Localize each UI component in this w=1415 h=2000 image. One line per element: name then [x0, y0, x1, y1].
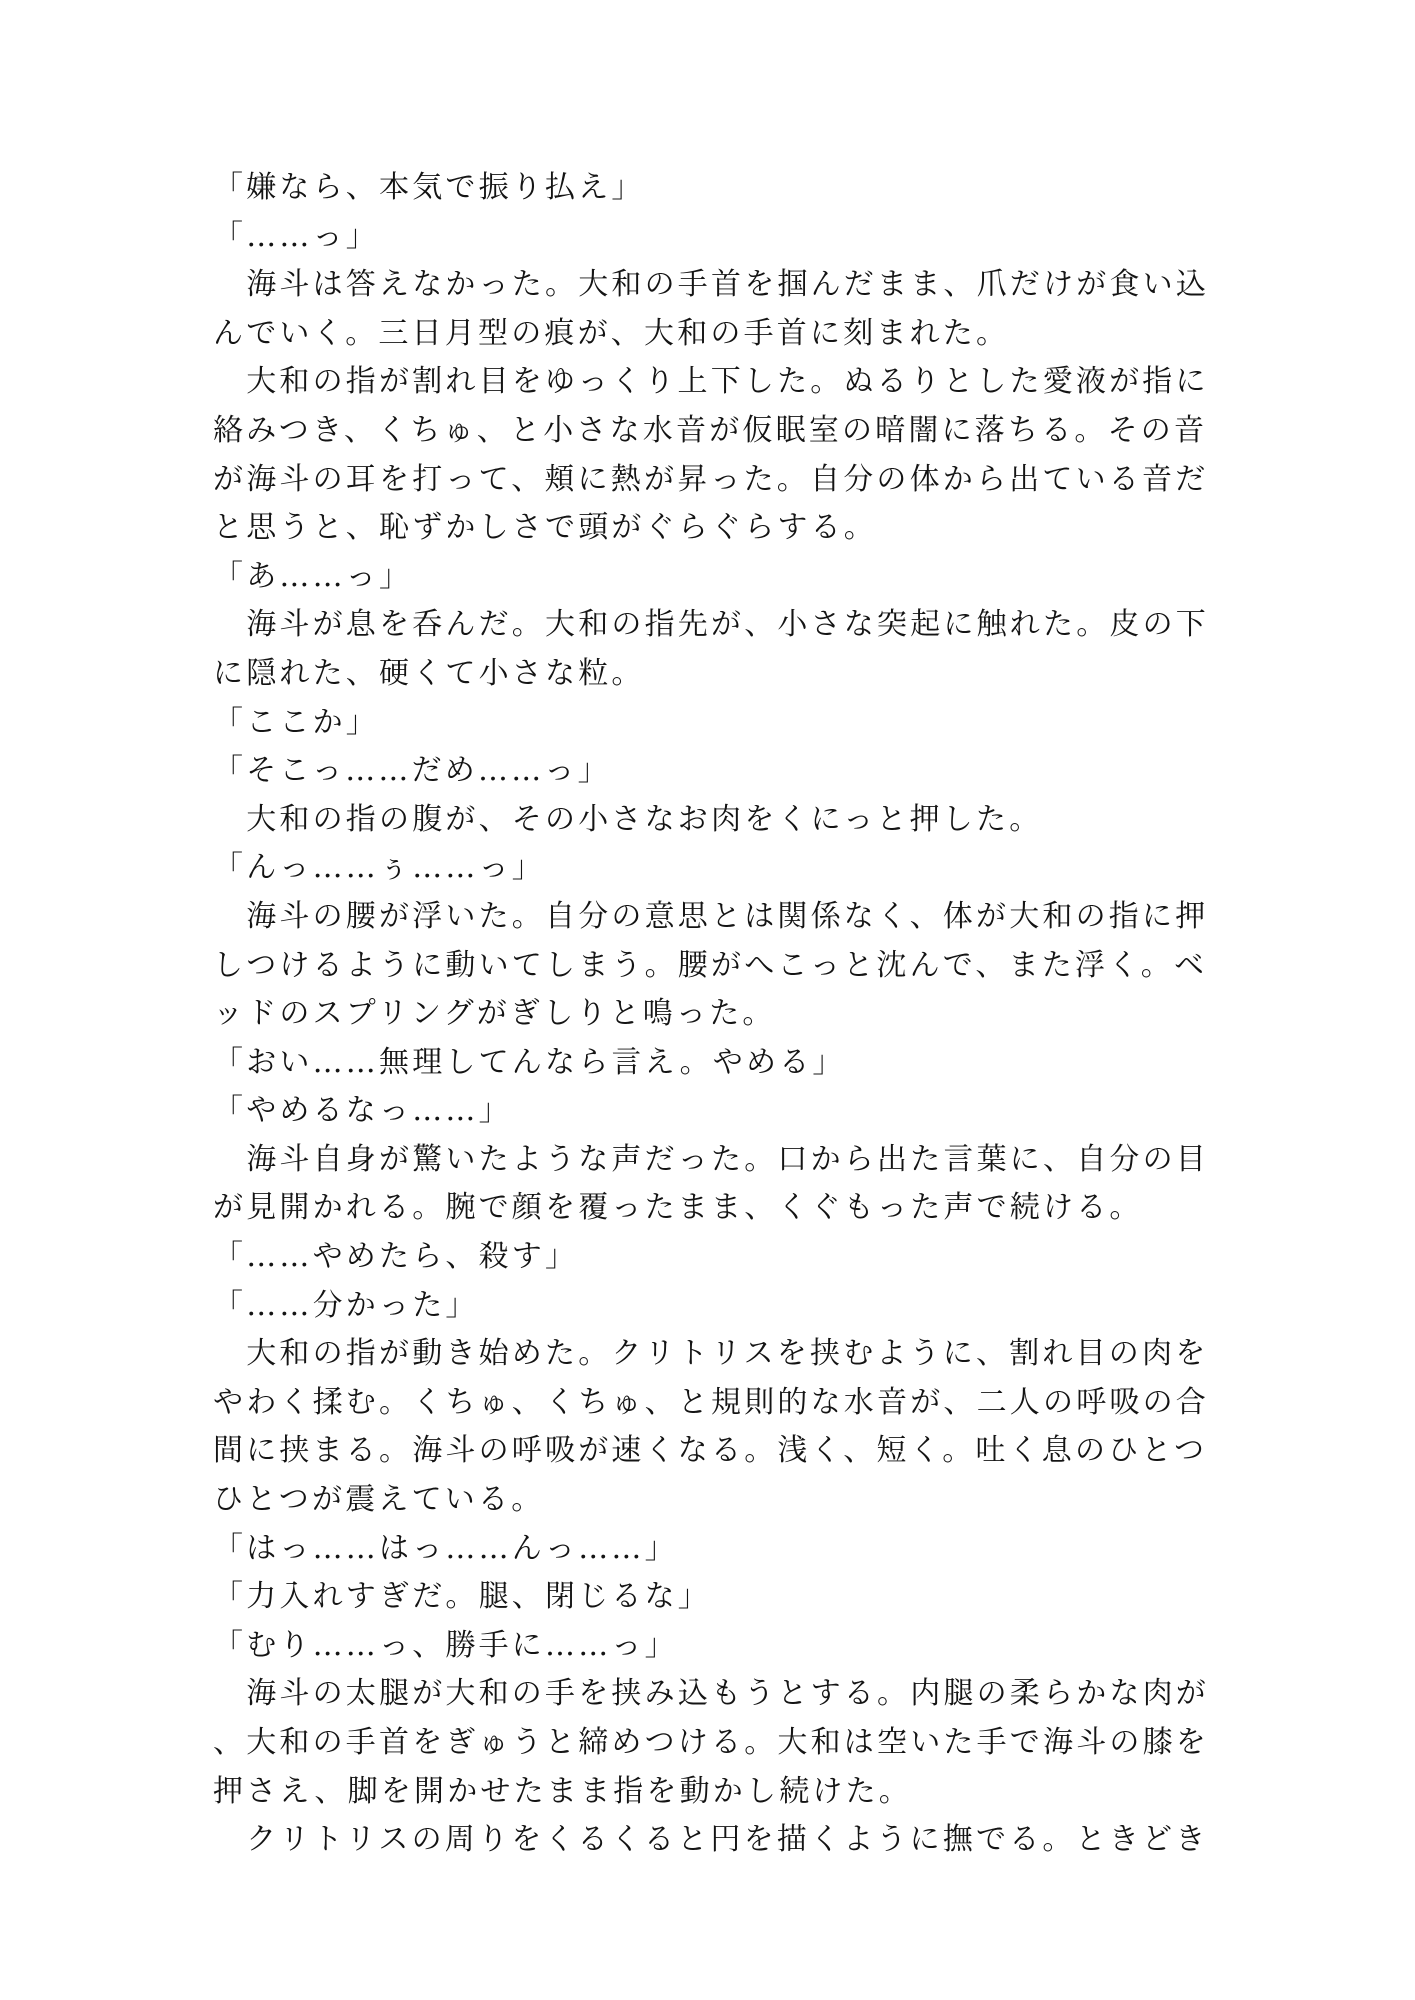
dialogue-line: 「んっ……ぅ……っ」 — [213, 844, 1213, 893]
dialogue-line: 「……やめたら、殺す」 — [213, 1233, 1213, 1282]
narration-line: ッドのスプリングがぎしりと鳴った。 — [213, 990, 1213, 1039]
narration-line: が海斗の耳を打って、頬に熱が昇った。自分の体から出ている音だ — [213, 456, 1213, 505]
narration-line: 海斗が息を呑んだ。大和の指先が、小さな突起に触れた。皮の下 — [213, 601, 1213, 650]
dialogue-line: 「……っ」 — [213, 213, 1213, 262]
narration-line: と思うと、恥ずかしさで頭がぐらぐらする。 — [213, 504, 1213, 553]
narration-line: 間に挟まる。海斗の呼吸が速くなる。浅く、短く。吐く息のひとつ — [213, 1427, 1213, 1476]
narration-line: しつけるように動いてしまう。腰がへこっと沈んで、また浮く。ベ — [213, 942, 1213, 991]
dialogue-line: 「おい……無理してんなら言え。やめる」 — [213, 1039, 1213, 1088]
narration-line: 大和の指が割れ目をゆっくり上下した。ぬるりとした愛液が指に — [213, 358, 1213, 407]
narration-line: 押さえ、脚を開かせたまま指を動かし続けた。 — [213, 1768, 1213, 1817]
dialogue-line: 「はっ……はっ……んっ……」 — [213, 1525, 1213, 1574]
narration-line: ひとつが震えている。 — [213, 1476, 1213, 1525]
novel-text-block: 「嫌なら、本気で振り払え」 「……っ」 海斗は答えなかった。大和の手首を掴んだま… — [213, 164, 1213, 1865]
dialogue-line: 「あ……っ」 — [213, 553, 1213, 602]
dialogue-line: 「そこっ……だめ……っ」 — [213, 747, 1213, 796]
narration-line: 海斗の腰が浮いた。自分の意思とは関係なく、体が大和の指に押 — [213, 893, 1213, 942]
narration-line: 海斗自身が驚いたような声だった。口から出た言葉に、自分の目 — [213, 1136, 1213, 1185]
dialogue-line: 「嫌なら、本気で振り払え」 — [213, 164, 1213, 213]
narration-line: やわく揉む。くちゅ、くちゅ、と規則的な水音が、二人の呼吸の合 — [213, 1379, 1213, 1428]
dialogue-line: 「むり……っ、勝手に……っ」 — [213, 1622, 1213, 1671]
narration-line: 絡みつき、くちゅ、と小さな水音が仮眠室の暗闇に落ちる。その音 — [213, 407, 1213, 456]
narration-line: 大和の指が動き始めた。クリトリスを挟むように、割れ目の肉を — [213, 1330, 1213, 1379]
dialogue-line: 「やめるなっ……」 — [213, 1087, 1213, 1136]
narration-line: 海斗は答えなかった。大和の手首を掴んだまま、爪だけが食い込 — [213, 261, 1213, 310]
document-page: 「嫌なら、本気で振り払え」 「……っ」 海斗は答えなかった。大和の手首を掴んだま… — [0, 0, 1415, 2000]
narration-line: クリトリスの周りをくるくると円を描くように撫でる。ときどき — [213, 1816, 1213, 1865]
narration-line: 、大和の手首をぎゅうと締めつける。大和は空いた手で海斗の膝を — [213, 1719, 1213, 1768]
narration-line: んでいく。三日月型の痕が、大和の手首に刻まれた。 — [213, 310, 1213, 359]
dialogue-line: 「……分かった」 — [213, 1282, 1213, 1331]
narration-line: に隠れた、硬くて小さな粒。 — [213, 650, 1213, 699]
dialogue-line: 「力入れすぎだ。腿、閉じるな」 — [213, 1573, 1213, 1622]
narration-line: 海斗の太腿が大和の手を挟み込もうとする。内腿の柔らかな肉が — [213, 1670, 1213, 1719]
dialogue-line: 「ここか」 — [213, 699, 1213, 748]
narration-line: が見開かれる。腕で顔を覆ったまま、くぐもった声で続ける。 — [213, 1184, 1213, 1233]
narration-line: 大和の指の腹が、その小さなお肉をくにっと押した。 — [213, 796, 1213, 845]
